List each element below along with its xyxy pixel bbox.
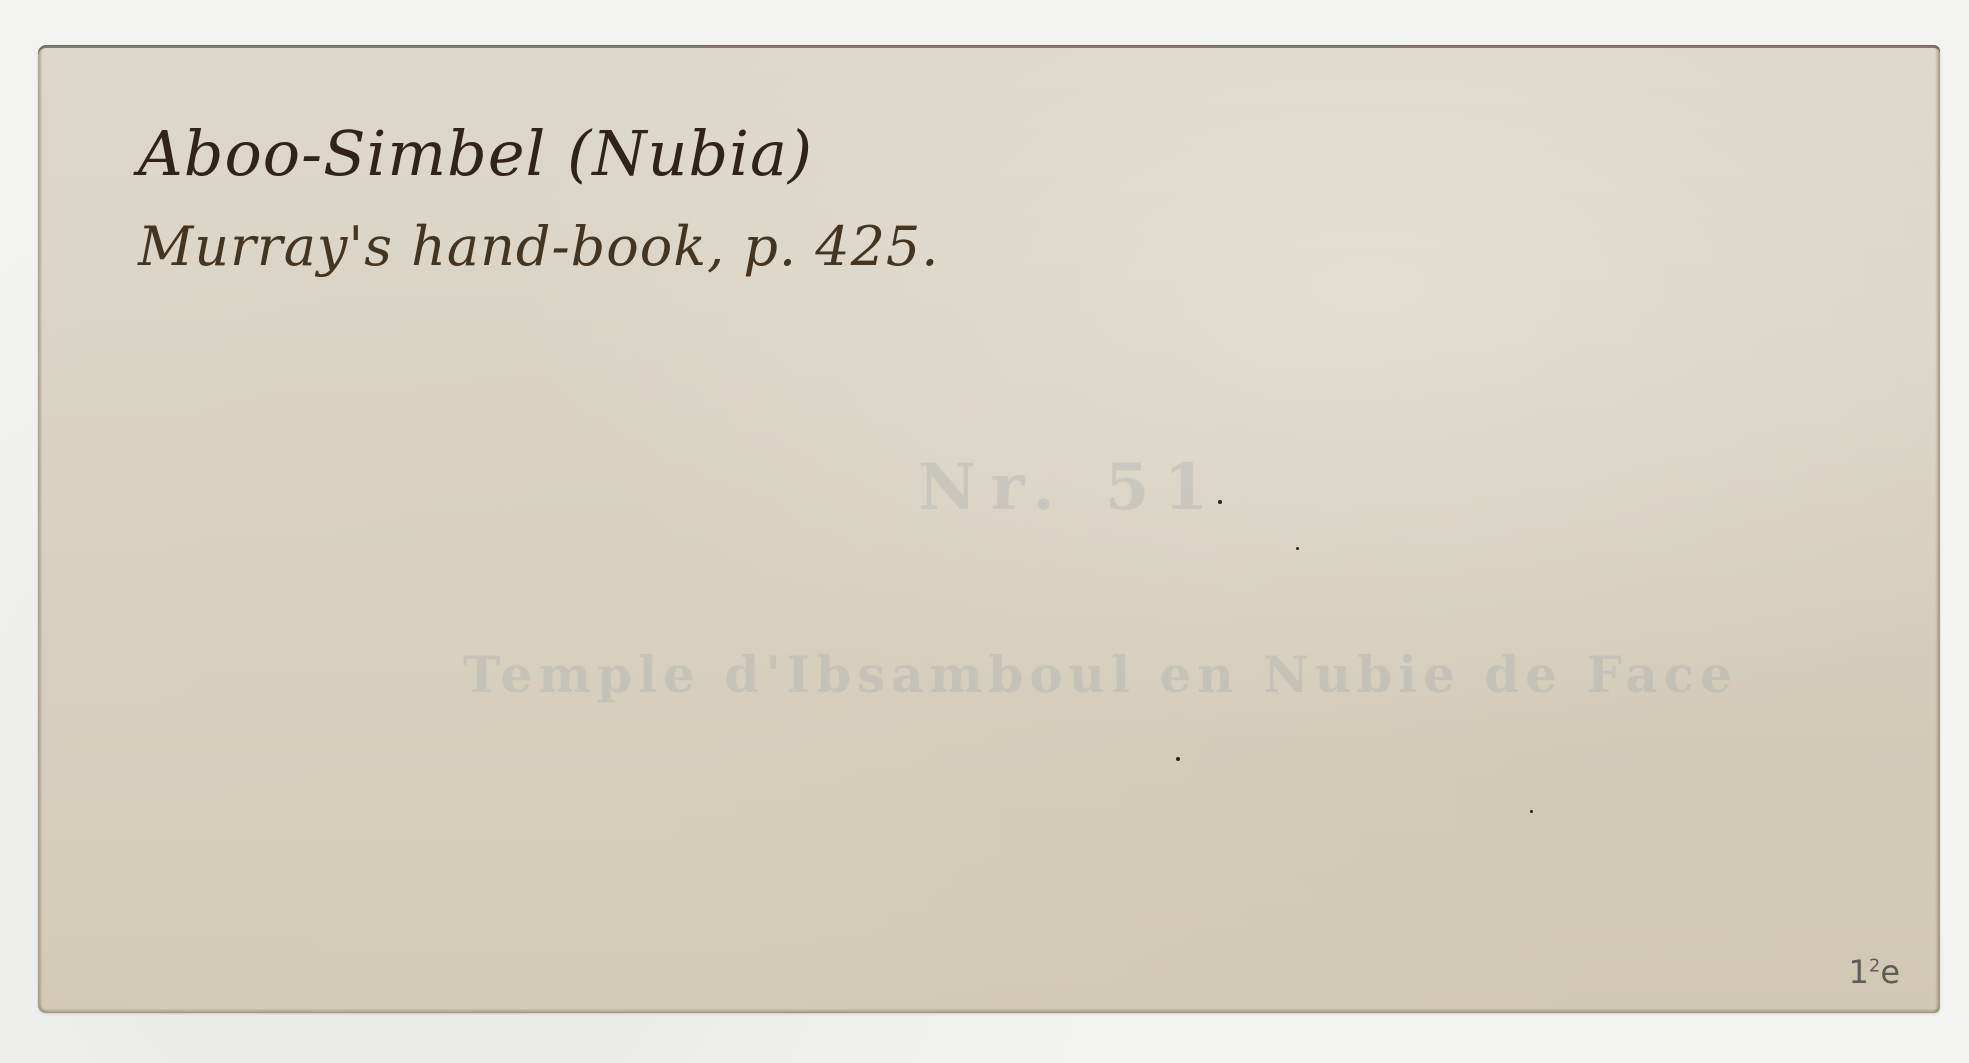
handwritten-title: Aboo-Simbel (Nubia) xyxy=(138,117,813,190)
card-verso: Aboo-Simbel (Nubia) Murray's hand-book, … xyxy=(38,45,1940,1013)
paper-speck xyxy=(1176,757,1180,761)
handwritten-reference: Murray's hand-book, p. 425. xyxy=(138,215,939,278)
faded-print-number: Nr. 51 xyxy=(918,450,1222,525)
paper-speck xyxy=(1296,547,1299,550)
pencil-main: 1 xyxy=(1849,953,1869,991)
pencil-suffix: e xyxy=(1880,953,1900,991)
faded-print-caption: Temple d'Ibsamboul en Nubie de Face xyxy=(463,645,1738,704)
paper-speck xyxy=(1218,500,1222,504)
pencil-annotation: 12e xyxy=(1849,953,1901,991)
pencil-sup: 2 xyxy=(1869,955,1880,976)
paper-speck xyxy=(1530,810,1533,813)
